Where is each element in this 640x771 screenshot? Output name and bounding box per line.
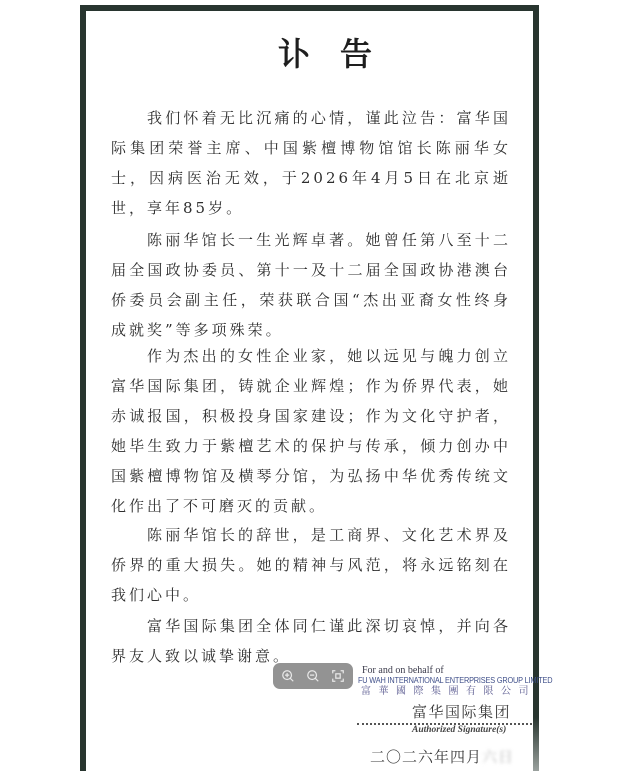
signature-stamp-name: 富华国际集团 <box>412 703 511 721</box>
document-frame-left-border <box>80 5 86 771</box>
document-title: 讣告 <box>0 34 640 74</box>
paragraph-announcement: 我们怀着无比沉痛的心情，谨此泣告：富华国际集团荣誉主席、中国紫檀博物馆馆长陈丽华… <box>111 103 511 223</box>
document-frame-right-border <box>533 5 539 771</box>
signature-company-chinese: 富華國際集團有限公司 <box>361 686 536 698</box>
paragraph-condolence: 富华国际集团全体同仁谨此深切哀悼，并向各界友人致以诚挚谢意。 <box>111 611 511 671</box>
zoom-out-icon <box>306 669 320 683</box>
date-visible: 二〇二六年四月 <box>370 748 482 766</box>
signature-label: Authorized Signature(s) <box>412 725 506 736</box>
paragraph-tribute: 陈丽华馆长的辞世，是工商界、文化艺术界及侨界的重大损失。她的精神与风范，将永远铭… <box>111 520 511 610</box>
paragraph-achievements: 作为杰出的女性企业家，她以远见与魄力创立富华国际集团，铸就企业辉煌；作为侨界代表… <box>111 341 511 521</box>
zoom-in-icon <box>281 669 295 683</box>
document-date: 二〇二六年四月六日 <box>370 747 514 767</box>
paragraph-honors: 陈丽华馆长一生光辉卓著。她曾任第八至十二届全国政协委员、第十一及十二届全国政协港… <box>111 225 511 345</box>
image-viewer-toolbar <box>273 663 353 689</box>
fit-screen-icon <box>331 669 345 683</box>
signature-company-english: FU WAH INTERNATIONAL ENTERPRISES GROUP L… <box>358 676 552 686</box>
zoom-in-button[interactable] <box>278 666 298 686</box>
zoom-out-button[interactable] <box>303 666 323 686</box>
fit-screen-button[interactable] <box>328 666 348 686</box>
document-frame-top-border <box>80 5 539 11</box>
date-obscured: 六日 <box>482 747 514 767</box>
signature-for-line: For and on behalf of <box>362 665 444 676</box>
